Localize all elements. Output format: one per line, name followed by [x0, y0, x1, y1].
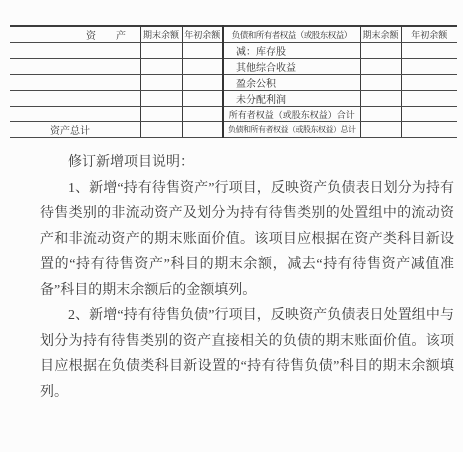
table-row-other-comprehensive-income: 其他综合收益: [10, 59, 457, 75]
cell-asset-label: [10, 107, 140, 122]
cell-asset-ending-balance: [140, 43, 182, 59]
cell-liability-beginning-balance: [401, 59, 457, 75]
column-header-liabilities-equity: 负债和所有者权益（或股东权益）: [223, 26, 360, 43]
column-header-assets: 资 产: [10, 26, 140, 43]
cell-asset-label: [10, 43, 140, 59]
cell-liability-beginning-balance: [401, 75, 457, 91]
cell-asset-beginning-balance: [182, 59, 223, 75]
cell-liability-label: 所有者权益（或股东权益）合计: [223, 107, 360, 122]
column-header-ending-balance-liabilities: 期末余额: [360, 26, 401, 43]
cell-total-liabilities-equity-label: 负债和所有者权益（或股东权益）总计: [223, 122, 360, 138]
cell-liability-label: 盈余公积: [223, 75, 360, 91]
cell-asset-beginning-balance: [182, 122, 223, 138]
cell-asset-beginning-balance: [182, 43, 223, 59]
cell-asset-beginning-balance: [182, 75, 223, 91]
cell-total-assets-label: 资产总计: [10, 122, 140, 138]
note-paragraph-held-for-sale-liabilities: 2、新增“持有待售负债”行项目，反映资产负债表日处置组中与划分为持有待售类别的资…: [40, 303, 454, 405]
cell-asset-ending-balance: [140, 122, 182, 138]
cell-liability-ending-balance: [360, 107, 401, 122]
cell-liability-ending-balance: [360, 122, 401, 138]
cell-liability-ending-balance: [360, 75, 401, 91]
table-row-total-owners-equity: 所有者权益（或股东权益）合计: [10, 107, 457, 122]
cell-asset-label: [10, 75, 140, 91]
column-header-ending-balance-assets: 期末余额: [140, 26, 182, 43]
cell-asset-ending-balance: [140, 75, 182, 91]
cell-liability-beginning-balance: [401, 107, 457, 122]
column-header-beginning-balance-liabilities: 年初余额: [401, 26, 457, 43]
notes-heading: 修订新增项目说明：: [40, 150, 454, 176]
notes-section: 修订新增项目说明： 1、新增“持有待售资产”行项目，反映资产负债表日划分为持有待…: [40, 150, 454, 405]
cell-liability-label: 未分配利润: [223, 91, 360, 107]
cell-liability-beginning-balance: [401, 43, 457, 59]
column-header-beginning-balance-assets: 年初余额: [182, 26, 223, 43]
note-paragraph-held-for-sale-assets: 1、新增“持有待售资产”行项目，反映资产负债表日划分为持有待售类别的非流动资产及…: [40, 176, 454, 304]
cell-asset-beginning-balance: [182, 91, 223, 107]
cell-liability-label: 其他综合收益: [223, 59, 360, 75]
cell-liability-beginning-balance: [401, 122, 457, 138]
table-header-row: 资 产 期末余额 年初余额 负债和所有者权益（或股东权益） 期末余额 年初余额: [10, 26, 457, 43]
table-row-surplus-reserve: 盈余公积: [10, 75, 457, 91]
cell-liability-ending-balance: [360, 59, 401, 75]
cell-asset-ending-balance: [140, 91, 182, 107]
cell-liability-label: 减：库存股: [223, 43, 360, 59]
table-row-treasury-stock: 减：库存股: [10, 43, 457, 59]
table-row-totals: 资产总计 负债和所有者权益（或股东权益）总计: [10, 122, 457, 138]
cell-asset-label: [10, 59, 140, 75]
table-row-undistributed-profit: 未分配利润: [10, 91, 457, 107]
cell-asset-label: [10, 91, 140, 107]
cell-asset-beginning-balance: [182, 107, 223, 122]
balance-sheet-table: 资 产 期末余额 年初余额 负债和所有者权益（或股东权益） 期末余额 年初余额 …: [10, 25, 457, 138]
cell-liability-ending-balance: [360, 91, 401, 107]
cell-asset-ending-balance: [140, 107, 182, 122]
cell-asset-ending-balance: [140, 59, 182, 75]
cell-liability-beginning-balance: [401, 91, 457, 107]
cell-liability-ending-balance: [360, 43, 401, 59]
scanned-document-page: 资 产 期末余额 年初余额 负债和所有者权益（或股东权益） 期末余额 年初余额 …: [0, 0, 463, 452]
